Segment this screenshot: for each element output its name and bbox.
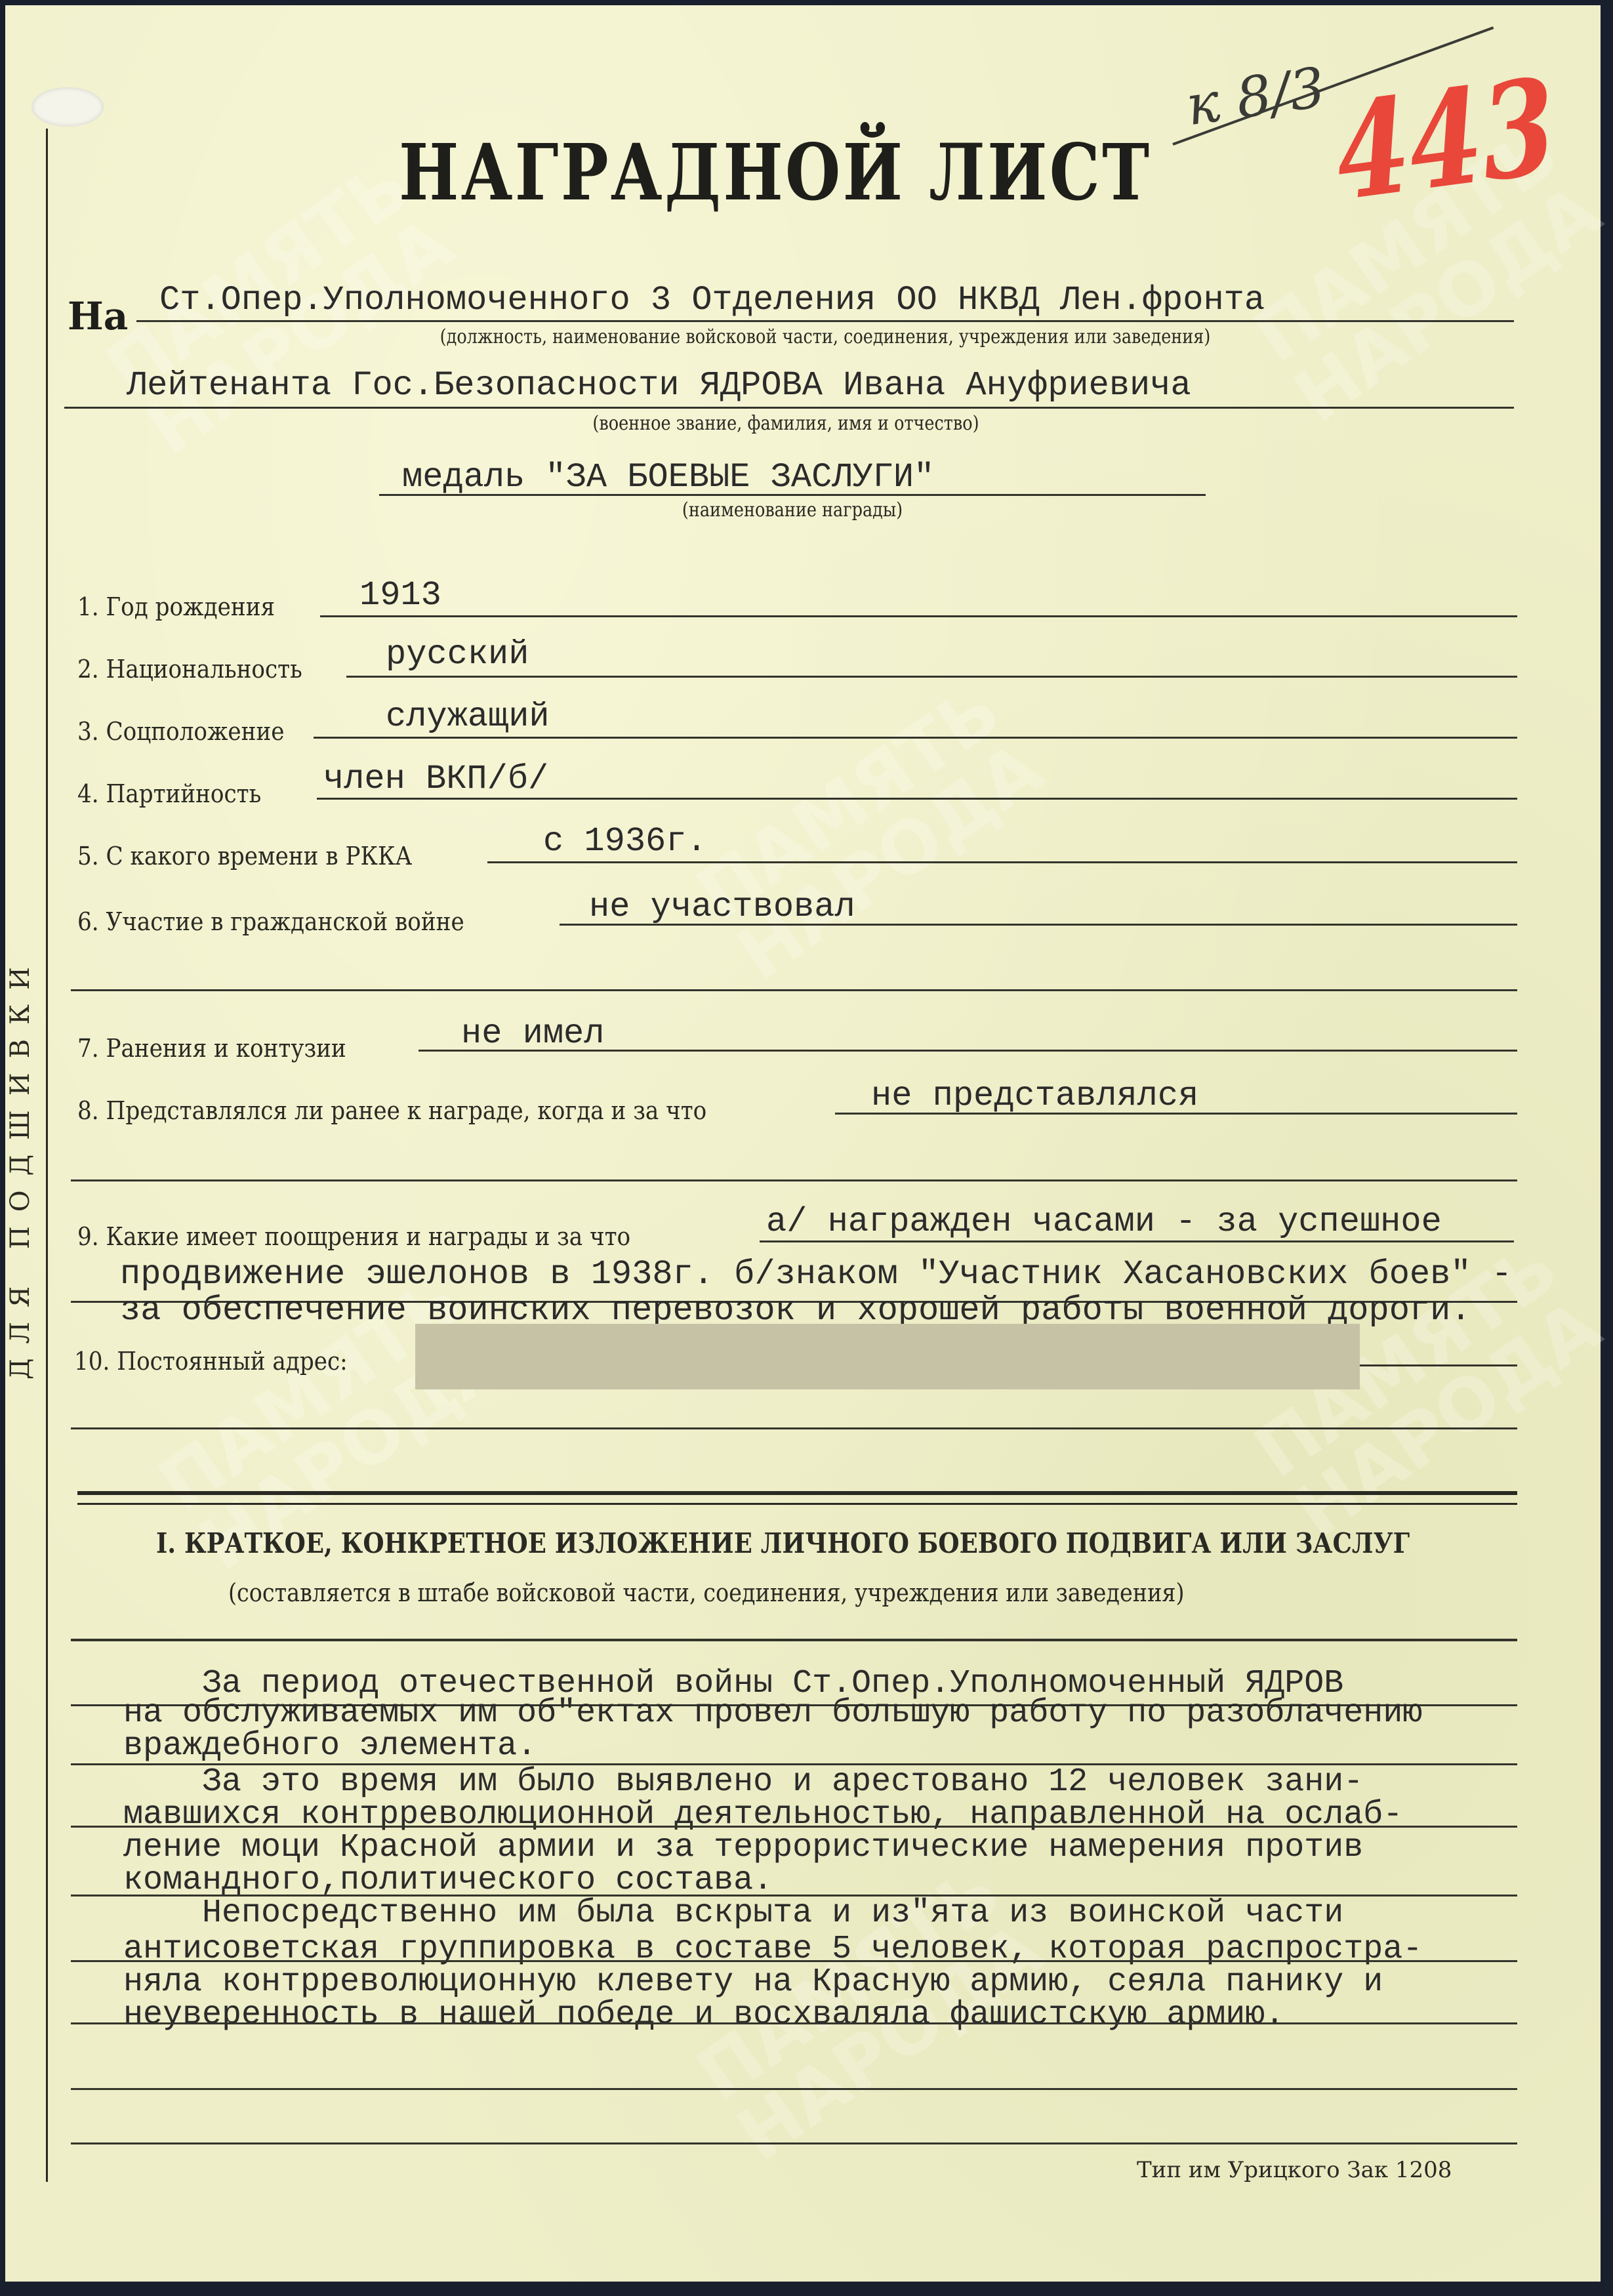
underline — [71, 1639, 1517, 1641]
field-label-wounds: 7. Ранения и контузии — [77, 1034, 346, 1063]
field-value-birth-year: 1913 — [359, 576, 441, 615]
underline — [71, 1179, 1517, 1181]
field-value-rkka-since: с 1936г. — [543, 822, 707, 861]
section-title: I. КРАТКОЕ, КОНКРЕТНОЕ ИЗЛОЖЕНИЕ ЛИЧНОГО… — [156, 1527, 1410, 1559]
field-label-address: 10. Постоянный адрес: — [74, 1347, 348, 1376]
field-value-wounds: не имел — [461, 1014, 604, 1053]
underline — [379, 494, 1206, 496]
narrative-line: ление моци Красной армии и за террористи… — [123, 1829, 1363, 1866]
award-sheet-page: ПАМЯТЬНАРОДА ПАМЯТЬНАРОДА ПАМЯТЬНАРОДА П… — [5, 5, 1601, 2282]
underline — [71, 1826, 1517, 1828]
printer-imprint: Тип им Урицкого Зак 1208 — [1137, 2157, 1452, 2183]
section-subtitle: (составляется в штабе войсковой части, с… — [228, 1578, 1185, 1607]
underline — [136, 320, 1514, 322]
narrative-line: на обслуживаемых им об"ектах провел боль… — [123, 1694, 1422, 1732]
field-value-previous-award: не представлялся — [871, 1076, 1198, 1115]
person-caption: (военное звание, фамилия, имя и отчество… — [558, 412, 1015, 435]
narrative-line: няла контрреволюционную клевету на Красн… — [123, 1963, 1383, 2001]
narrative-line: враждебного элемента. — [123, 1727, 537, 1765]
underline — [71, 989, 1517, 991]
underline — [64, 407, 1514, 409]
field-value-honors-line1: а/ награжден часами - за успешное — [766, 1202, 1442, 1241]
narrative-line: неуверенность в нашей победе и восхвалял… — [123, 1996, 1284, 2034]
underline — [419, 1050, 1517, 1052]
narrative-line: Непосредственно им была вскрыта и из"ята… — [123, 1895, 1343, 1932]
underline — [314, 737, 1517, 739]
document-title: НАГРАДНОЙ ЛИСТ — [399, 127, 1151, 218]
narrative-line: антисоветская группировка в составе 5 че… — [123, 1931, 1422, 1968]
field-label-social-status: 3. Соцположение — [77, 717, 284, 746]
na-label: На — [68, 294, 128, 338]
underline — [71, 2022, 1517, 2024]
binding-margin-line — [46, 129, 48, 2182]
underline — [320, 615, 1517, 617]
underline — [346, 676, 1517, 678]
handwritten-red-number: 443 — [1330, 49, 1561, 230]
field-value-civil-war: не участвовал — [589, 888, 855, 926]
person-value: Лейтенанта Гос.Безопасности ЯДРОВА Ивана… — [127, 366, 1191, 405]
underline — [71, 2088, 1517, 2090]
binding-label: ДЛЯ ПОДШИВКИ — [5, 871, 31, 1462]
underline — [560, 924, 1517, 926]
field-value-party: член ВКП/б/ — [323, 760, 548, 798]
punch-hole — [31, 87, 104, 127]
award-caption: (наименование награды) — [647, 499, 937, 522]
field-label-civil-war: 6. Участие в гражданской войне — [77, 907, 464, 936]
underline — [71, 1427, 1517, 1429]
position-value: Ст.Опер.Уполномоченного 3 Отделения ОО Н… — [159, 281, 1265, 319]
underline — [71, 2142, 1517, 2144]
narrative-line: За это время им было выявлено и арестова… — [123, 1763, 1363, 1801]
watermark: ПАМЯТЬНАРОДА — [684, 672, 1054, 992]
underline — [487, 861, 1517, 863]
field-label-honors: 9. Какие имеет поощрения и награды и за … — [77, 1222, 630, 1251]
field-label-party: 4. Партийность — [77, 779, 261, 808]
narrative-line: мавшихся контрреволюционной деятельность… — [123, 1796, 1402, 1834]
underline — [71, 1960, 1517, 1962]
redacted-address — [415, 1324, 1360, 1389]
position-caption: (должность, наименование войсковой части… — [407, 325, 1244, 348]
award-value: медаль "ЗА БОЕВЫЕ ЗАСЛУГИ" — [402, 458, 934, 497]
field-value-nationality: русский — [386, 635, 529, 674]
field-label-birth-year: 1. Год рождения — [77, 592, 275, 621]
field-value-honors-line2: продвижение эшелонов в 1938г. б/знаком "… — [120, 1255, 1512, 1294]
underline — [1360, 1364, 1517, 1366]
field-label-rkka-since: 5. С какого времени в РККА — [77, 842, 412, 871]
field-label-previous-award: 8. Представлялся ли ранее к награде, ког… — [77, 1096, 706, 1125]
field-label-nationality: 2. Национальность — [77, 655, 302, 684]
narrative-line: командного,политического состава. — [123, 1862, 773, 1899]
field-value-social-status: служащий — [386, 697, 550, 736]
underline — [760, 1240, 1514, 1242]
section-divider — [77, 1491, 1517, 1505]
underline — [835, 1113, 1517, 1115]
underline — [317, 798, 1517, 800]
